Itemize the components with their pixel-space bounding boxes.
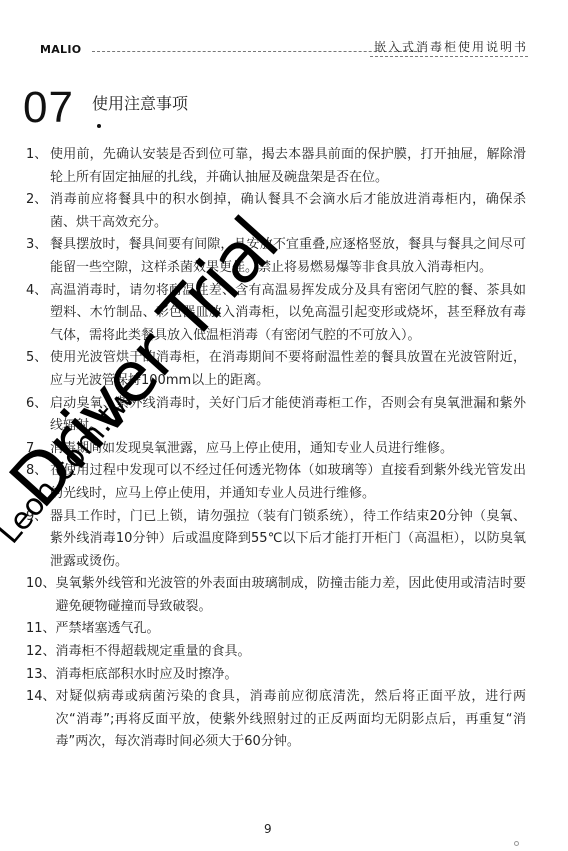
brand-logo: MALIO xyxy=(40,43,81,56)
list-item: 14、对疑似病毒或病菌污染的食具，消毒前应彻底清洗，然后将正面平放，进行两次“消… xyxy=(26,686,526,754)
item-number: 6、 xyxy=(26,393,50,438)
item-text: 高温消毒时，请勿将耐温性差、含有高温易挥发成分及具有密闭气腔的餐、茶具如塑料、木… xyxy=(50,280,526,348)
document-title: 嵌入式消毒柜使用说明书 xyxy=(370,38,528,57)
item-text: 启动臭氧、紫外线消毒时，关好门后才能使消毒柜工作，否则会有臭氧泄漏和紫外线辐射。 xyxy=(50,393,526,438)
item-text: 使用前，先确认安装是否到位可靠，揭去本器具前面的保护膜，打开抽屉，解除滑轮上所有… xyxy=(50,144,526,189)
list-item: 7、消毒期间如发现臭氧泄露，应马上停止使用，通知专业人员进行维修。 xyxy=(26,438,526,461)
item-text: 餐具摆放时，餐具间要有间隙，且安放不宜重叠,应逐格竖放，餐具与餐具之间尽可能留一… xyxy=(50,234,526,279)
item-text: 臭氧紫外线管和光波管的外表面由玻璃制成，防撞击能力差，因此使用或清洁时要避免硬物… xyxy=(56,573,526,618)
item-number: 3、 xyxy=(26,234,50,279)
item-number: 12、 xyxy=(26,641,56,664)
list-item: 2、消毒前应将餐具中的积水倒掉，确认餐具不会滴水后才能放进消毒柜内，确保杀菌、烘… xyxy=(26,189,526,234)
item-number: 1、 xyxy=(26,144,50,189)
item-number: 4、 xyxy=(26,280,50,348)
item-number: 9、 xyxy=(26,506,50,574)
list-item: 13、消毒柜底部积水时应及时擦净。 xyxy=(26,664,526,687)
precautions-list: 1、使用前，先确认安装是否到位可靠，揭去本器具前面的保护膜，打开抽屉，解除滑轮上… xyxy=(26,144,526,754)
list-item: 8、在使用过程中发现可以不经过任何透光物体（如玻璃等）直接看到紫外线光管发出的光… xyxy=(26,460,526,505)
item-text: 消毒柜底部积水时应及时擦净。 xyxy=(56,664,526,687)
item-number: 13、 xyxy=(26,664,56,687)
page-header: MALIO 嵌入式消毒柜使用说明书 xyxy=(40,38,528,58)
item-text: 使用光波管烘干的消毒柜，在消毒期间不要将耐温性差的餐具放置在光波管附近，应与光波… xyxy=(50,347,526,392)
item-number: 2、 xyxy=(26,189,50,234)
list-item: 4、高温消毒时，请勿将耐温性差、含有高温易挥发成分及具有密闭气腔的餐、茶具如塑料… xyxy=(26,280,526,348)
item-text: 消毒期间如发现臭氧泄露，应马上停止使用，通知专业人员进行维修。 xyxy=(50,438,526,461)
item-text: 消毒柜不得超载规定重量的食具。 xyxy=(56,641,526,664)
list-item: 6、启动臭氧、紫外线消毒时，关好门后才能使消毒柜工作，否则会有臭氧泄漏和紫外线辐… xyxy=(26,393,526,438)
section-title: 使用注意事项 xyxy=(92,91,188,114)
list-item: 5、使用光波管烘干的消毒柜，在消毒期间不要将耐温性差的餐具放置在光波管附近，应与… xyxy=(26,347,526,392)
section-dot xyxy=(97,124,101,128)
list-item: 9、器具工作时，门已上锁，请勿强拉（装有门锁系统），待工作结束20分钟（臭氧、紫… xyxy=(26,506,526,574)
item-text: 消毒前应将餐具中的积水倒掉，确认餐具不会滴水后才能放进消毒柜内，确保杀菌、烘干高… xyxy=(50,189,526,234)
corner-mark xyxy=(514,841,519,846)
list-item: 1、使用前，先确认安装是否到位可靠，揭去本器具前面的保护膜，打开抽屉，解除滑轮上… xyxy=(26,144,526,189)
item-text: 严禁堵塞透气孔。 xyxy=(56,618,526,641)
item-number: 5、 xyxy=(26,347,50,392)
item-number: 14、 xyxy=(26,686,56,754)
item-number: 11、 xyxy=(26,618,56,641)
item-number: 7、 xyxy=(26,438,50,461)
list-item: 10、臭氧紫外线管和光波管的外表面由玻璃制成，防撞击能力差，因此使用或清洁时要避… xyxy=(26,573,526,618)
list-item: 3、餐具摆放时，餐具间要有间隙，且安放不宜重叠,应逐格竖放，餐具与餐具之间尽可能… xyxy=(26,234,526,279)
item-text: 对疑似病毒或病菌污染的食具，消毒前应彻底清洗，然后将正面平放，进行两次“消毒”;… xyxy=(56,686,526,754)
page-number: 9 xyxy=(264,822,272,836)
item-number: 10、 xyxy=(26,573,56,618)
section-number: 07 xyxy=(23,86,74,130)
list-item: 11、严禁堵塞透气孔。 xyxy=(26,618,526,641)
list-item: 12、消毒柜不得超载规定重量的食具。 xyxy=(26,641,526,664)
item-text: 器具工作时，门已上锁，请勿强拉（装有门锁系统），待工作结束20分钟（臭氧、紫外线… xyxy=(50,506,526,574)
item-text: 在使用过程中发现可以不经过任何透光物体（如玻璃等）直接看到紫外线光管发出的光线时… xyxy=(50,460,526,505)
item-number: 8、 xyxy=(26,460,50,505)
